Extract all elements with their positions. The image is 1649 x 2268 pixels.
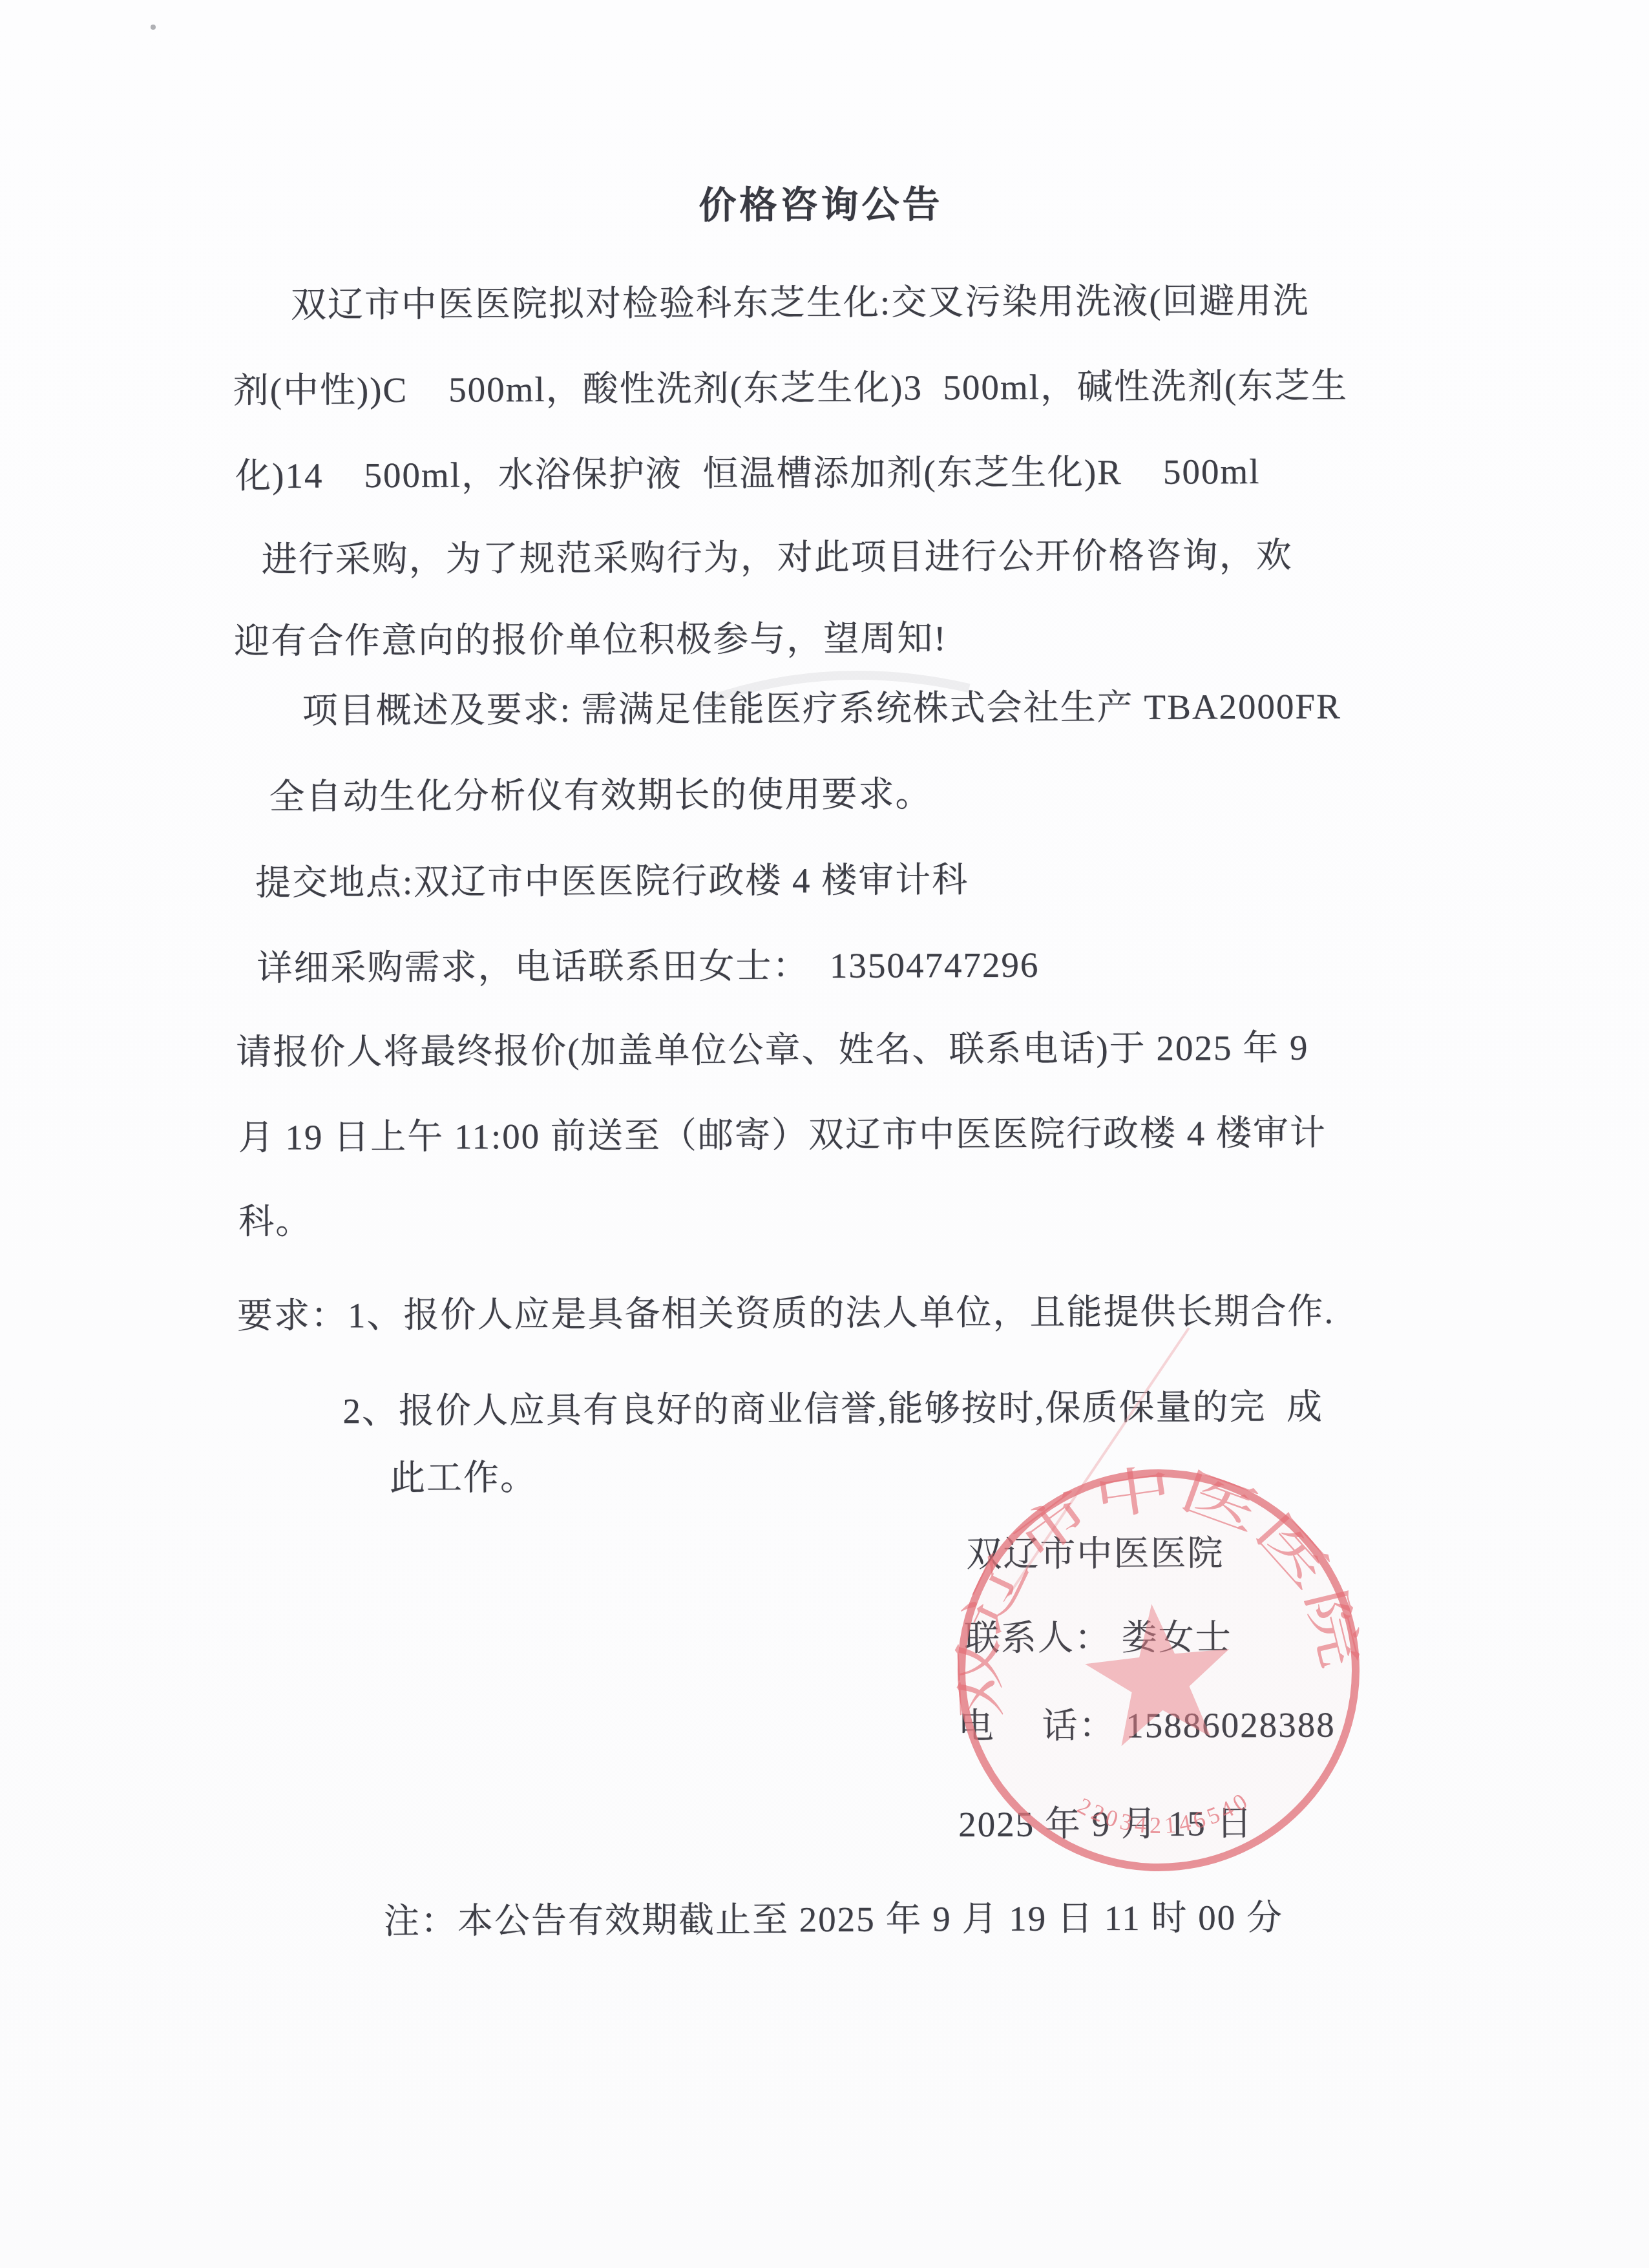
scanned-document-page: 双辽市中医医院 220342146540 价格咨询公告 双辽市中医医院拟对检验科…: [0, 0, 1649, 2268]
quote-instruction-line-1: 请报价人将最终报价(加盖单位公章、姓名、联系电话)于 2025 年 9: [236, 1019, 1309, 1075]
org-signature-line: 双辽市中医医院: [966, 1524, 1224, 1577]
overview-line-1: 项目概述及要求: 需满足佳能医疗系统株式会社生产 TBA2000FR: [302, 678, 1341, 733]
intro-line-2: 剂(中性))C 500ml，酸性洗剂(东芝生化)3 500ml，碱性洗剂(东芝生: [233, 357, 1348, 413]
requirement-line-3: 此工作。: [390, 1449, 537, 1500]
page-title: 价格咨询公告: [0, 171, 1645, 232]
validity-note-line: 注：本公告有效期截止至 2025 年 9 月 19 日 11 时 00 分: [384, 1889, 1283, 1944]
contact-phone-line: 电 话： 15886028388: [958, 1696, 1335, 1749]
purchase-line-1: 进行采购，为了规范采购行为，对此项目进行公开价格咨询，欢: [262, 527, 1293, 582]
requirement-line-2: 2、报价人应具有良好的商业信誉,能够按时,保质保量的完 成: [342, 1378, 1323, 1434]
overview-line-2: 全自动生化分析仪有效期长的使用要求。: [269, 765, 932, 819]
intro-line-1: 双辽市中医医院拟对检验科东芝生化:交叉污染用洗液(回避用洗: [291, 272, 1310, 328]
submit-location-line: 提交地点:双辽市中医医院行政楼 4 楼审计科: [255, 851, 969, 905]
issue-date-line: 2025 年 9 月 15 日: [958, 1794, 1254, 1847]
contact-person-line: 联系人： 娄女士: [964, 1608, 1232, 1661]
intro-line-3: 化)14 500ml，水浴保护液 恒温槽添加剂(东芝生化)R 500ml: [235, 443, 1261, 498]
procurement-contact-line: 详细采购需求，电话联系田女士： 13504747296: [257, 936, 1039, 991]
purchase-line-2: 迎有合作意向的报价单位积极参与，望周知!: [234, 609, 947, 664]
document-text-layer: 价格咨询公告 双辽市中医医院拟对检验科东芝生化:交叉污染用洗液(回避用洗 剂(中…: [0, 0, 1649, 2268]
quote-instruction-line-2: 月 19 日上午 11:00 前送至（邮寄）双辽市中医医院行政楼 4 楼审计: [238, 1104, 1327, 1160]
quote-instruction-line-3: 科。: [238, 1192, 312, 1243]
requirement-line-1: 要求：1、报价人应是具备相关资质的法人单位，且能提供长期合作.: [237, 1283, 1335, 1338]
